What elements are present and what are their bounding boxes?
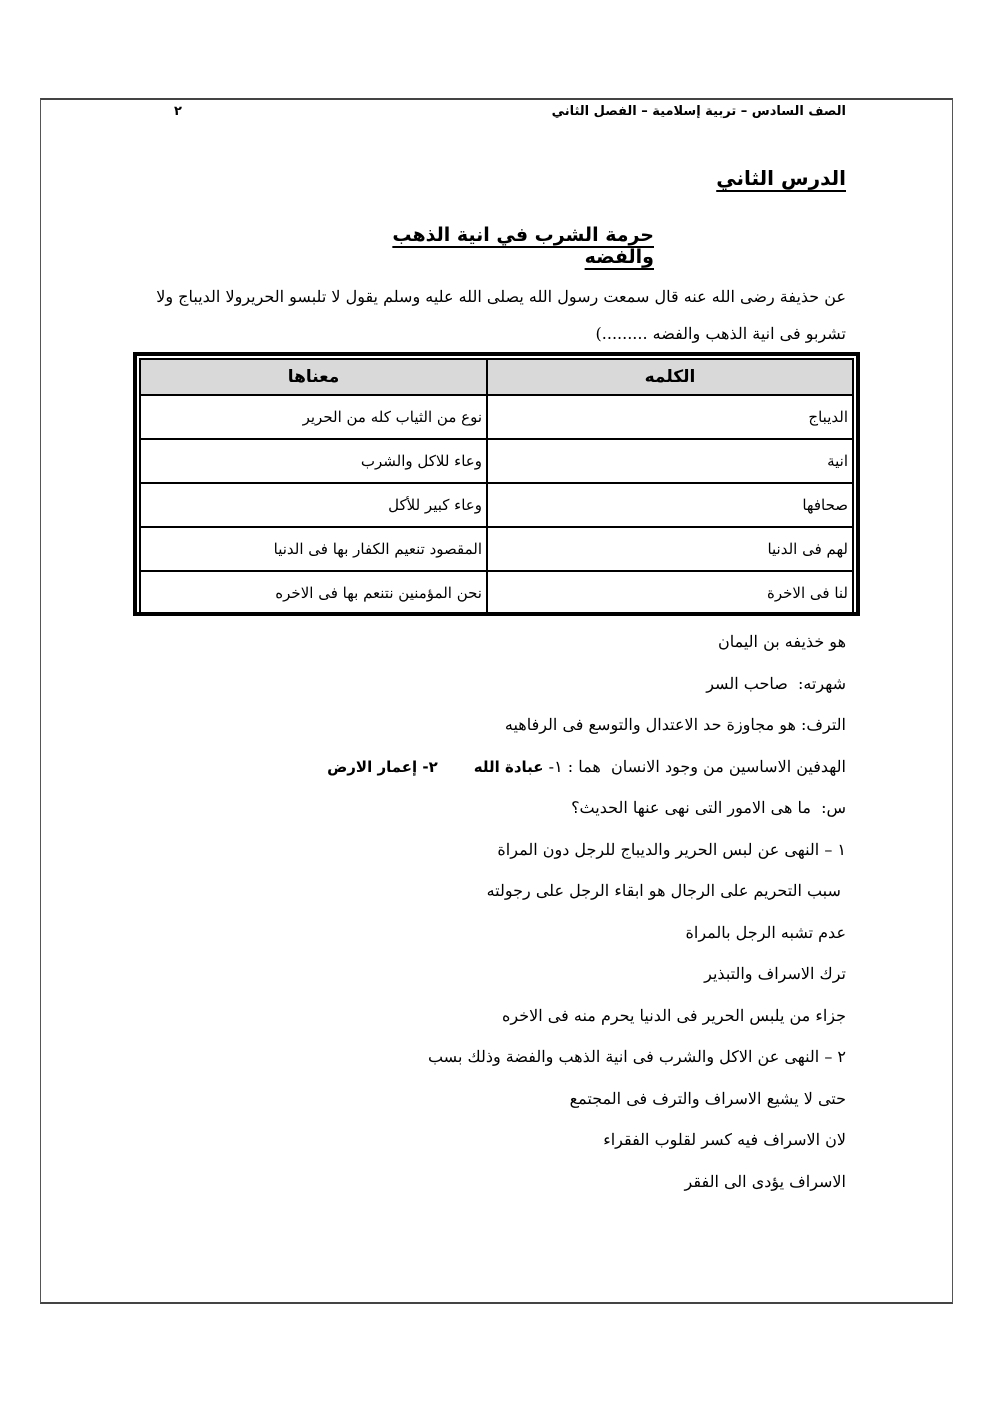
table-header-row: الكلمه معناها: [140, 359, 853, 395]
reason-line: الاسراف يؤدى الى الفقر: [126, 1164, 846, 1206]
word-cell: صحافها: [487, 483, 853, 527]
table-row: لنا فى الاخرة نحن المؤمنين نتنعم بها فى …: [140, 571, 853, 615]
goals-line: الهدفين الاساسين من وجود الانسان هما : ١…: [126, 749, 846, 791]
lesson-notes: هو خذيفه بن اليمان شهرته: صاحب السر التر…: [126, 624, 846, 1205]
answer-2: ٢ – النهى عن الاكل والشرب فى انية الذهب …: [126, 1039, 846, 1081]
word-cell: لنا فى الاخرة: [487, 571, 853, 615]
reason-line: جزاء من يلبس الحرير فى الدنيا يحرم منه ف…: [126, 998, 846, 1040]
meaning-cell: وعاء كبير للأكل: [140, 483, 487, 527]
goal-1: عبادة الله: [474, 758, 544, 776]
reason-line: حتى لا يشيع الاسراف والترف فى المجتمع: [126, 1081, 846, 1123]
word-cell: انية: [487, 439, 853, 483]
meaning-cell: نحن المؤمنين نتنعم بها فى الاخره: [140, 571, 487, 615]
table-row: انية وعاء للاكل والشرب: [140, 439, 853, 483]
narrator-line: هو خذيفه بن اليمان: [126, 624, 846, 666]
goals-prefix: الهدفين الاساسين من وجود الانسان هما : ١…: [544, 757, 846, 776]
column-header-meaning: معناها: [140, 359, 487, 395]
reason-line: لان الاسراف فيه كسر لقلوب الفقراء: [126, 1122, 846, 1164]
luxury-definition: الترف: هو مجاوزة حد الاعتدال والتوسع فى …: [126, 707, 846, 749]
meaning-cell: وعاء للاكل والشرب: [140, 439, 487, 483]
fame-line: شهرته: صاحب السر: [126, 666, 846, 708]
question-line: س: ما هى الامور التى نهى عنها الحديث؟: [126, 790, 846, 832]
word-cell: الديباج: [487, 395, 853, 439]
lesson-title: الدرس الثاني: [716, 166, 846, 190]
vocabulary-table: الكلمه معناها الديباج نوع من الثياب كله …: [133, 352, 860, 616]
table-row: صحافها وعاء كبير للأكل: [140, 483, 853, 527]
answer-1: ١ – النهى عن لبس الحرير والديباج للرجل د…: [126, 832, 846, 874]
meaning-cell: المقصود تنعيم الكفار بها فى الدنيا: [140, 527, 487, 571]
topic-title: حرمة الشرب في انية الذهب والفضه: [340, 224, 654, 268]
table-row: لهم فى الدنيا المقصود تنعيم الكفار بها ف…: [140, 527, 853, 571]
reason-line: ترك الاسراف والتبذير: [126, 956, 846, 998]
reason-line: عدم تشبه الرجل بالمراة: [126, 915, 846, 957]
meaning-cell: نوع من الثياب كله من الحرير: [140, 395, 487, 439]
table-row: الديباج نوع من الثياب كله من الحرير: [140, 395, 853, 439]
word-cell: لهم فى الدنيا: [487, 527, 853, 571]
goal-2: ٢- إعمار الارض: [327, 758, 438, 776]
hadith-text: عن حذيفة رضى الله عنه قال سمعت رسول الله…: [146, 278, 846, 352]
page-header-title: الصف السادس – تربية إسلامية – الفصل الثا…: [552, 104, 846, 119]
column-header-word: الكلمه: [487, 359, 853, 395]
reason-line: سبب التحريم على الرجال هو ابقاء الرجل عل…: [126, 873, 846, 915]
page-number: ٢: [174, 104, 182, 119]
